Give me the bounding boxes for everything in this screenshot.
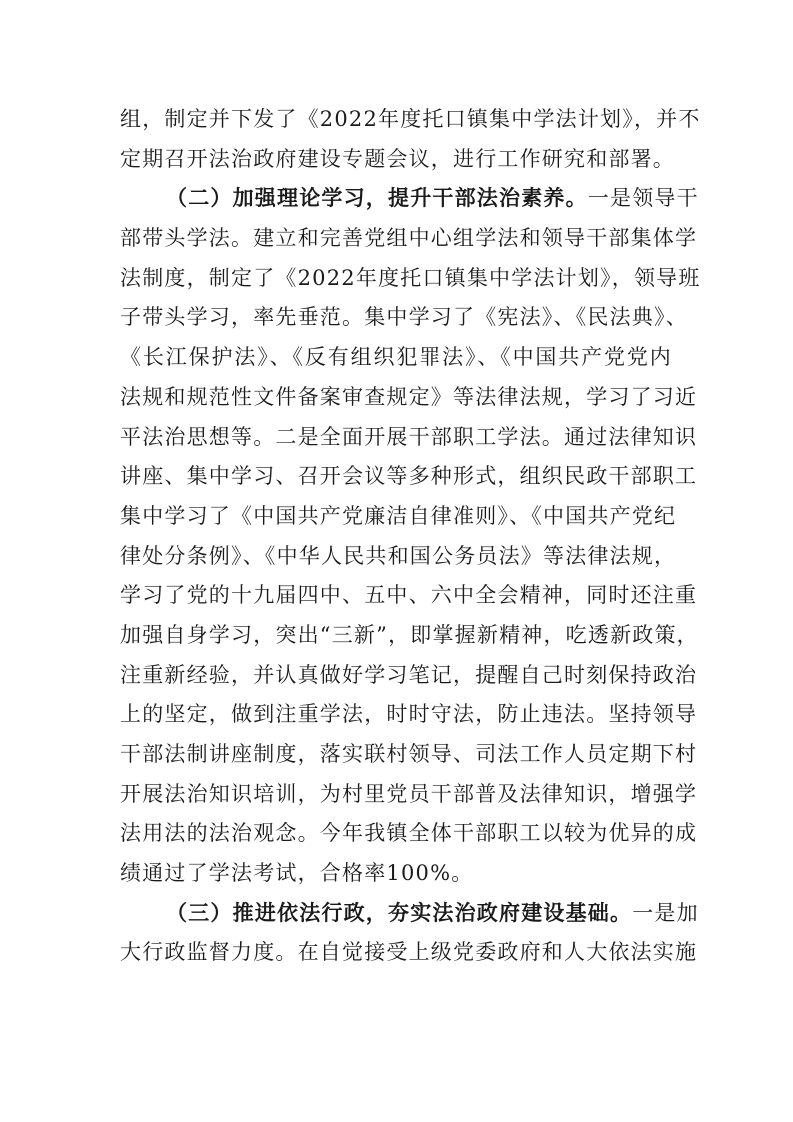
text-line: 《长江保护法》、《反有组织犯罪法》、《中国共产党党内	[120, 338, 672, 378]
text-line: 法制度，制定了《2022年度托口镇集中学法计划》，领导班	[120, 259, 672, 299]
section-heading: （二）加强理论学习，提升干部法治素养。	[166, 186, 588, 210]
section-heading: （三）推进依法行政，夯实法治政府建设基础。	[166, 901, 632, 925]
text-line: 部带头学法。建立和完善党组中心组学法和领导干部集体学	[120, 219, 672, 259]
text-line: 干部法制讲座制度，落实联村领导、司法工作人员定期下村	[120, 735, 672, 775]
text-line: 上的坚定，做到注重学法，时时守法，防止违法。坚持领导	[120, 695, 672, 735]
text-line: 组，制定并下发了《2022年度托口镇集中学法计划》，并不	[120, 100, 672, 140]
text-line: 法规和规范性文件备案审查规定》等法律法规，学习了习近	[120, 378, 672, 418]
text-line: 大行政监督力度。在自觉接受上级党委政府和人大依法实施	[120, 933, 672, 973]
text-line: 法用法的法治观念。今年我镇全体干部职工以较为优异的成	[120, 814, 672, 854]
text-line: 平法治思想等。二是全面开展干部职工学法。通过法律知识	[120, 418, 672, 458]
text-line: 注重新经验，并认真做好学习笔记，提醒自己时刻保持政治	[120, 656, 672, 696]
section-heading-line: （三）推进依法行政，夯实法治政府建设基础。一是加	[120, 894, 672, 934]
text-line: 开展法治知识培训，为村里党员干部普及法律知识，增强学	[120, 775, 672, 815]
text-line: 讲座、集中学习、召开会议等多种形式，组织民政干部职工	[120, 457, 672, 497]
text-line: 绩通过了学法考试，合格率100%。	[120, 854, 672, 894]
text-line: 集中学习了《中国共产党廉洁自律准则》、《中国共产党纪	[120, 497, 672, 537]
text-line: 加强自身学习，突出“三新”，即掌握新精神，吃透新政策，	[120, 616, 672, 656]
document-body: 组，制定并下发了《2022年度托口镇集中学法计划》，并不 定期召开法治政府建设专…	[120, 100, 676, 973]
text-run: 一是领导干	[588, 186, 699, 210]
text-line: 律处分条例》、《中华人民共和国公务员法》等法律法规，	[120, 537, 672, 577]
text-line: 子带头学习，率先垂范。集中学习了《宪法》、《民法典》、	[120, 298, 672, 338]
document-page: 组，制定并下发了《2022年度托口镇集中学法计划》，并不 定期召开法治政府建设专…	[0, 0, 793, 1122]
section-heading-line: （二）加强理论学习，提升干部法治素养。一是领导干	[120, 179, 672, 219]
text-line: 定期召开法治政府建设专题会议，进行工作研究和部署。	[120, 140, 672, 180]
text-line: 学习了党的十九届四中、五中、六中全会精神，同时还注重	[120, 576, 672, 616]
text-run: 一是加	[632, 901, 699, 925]
